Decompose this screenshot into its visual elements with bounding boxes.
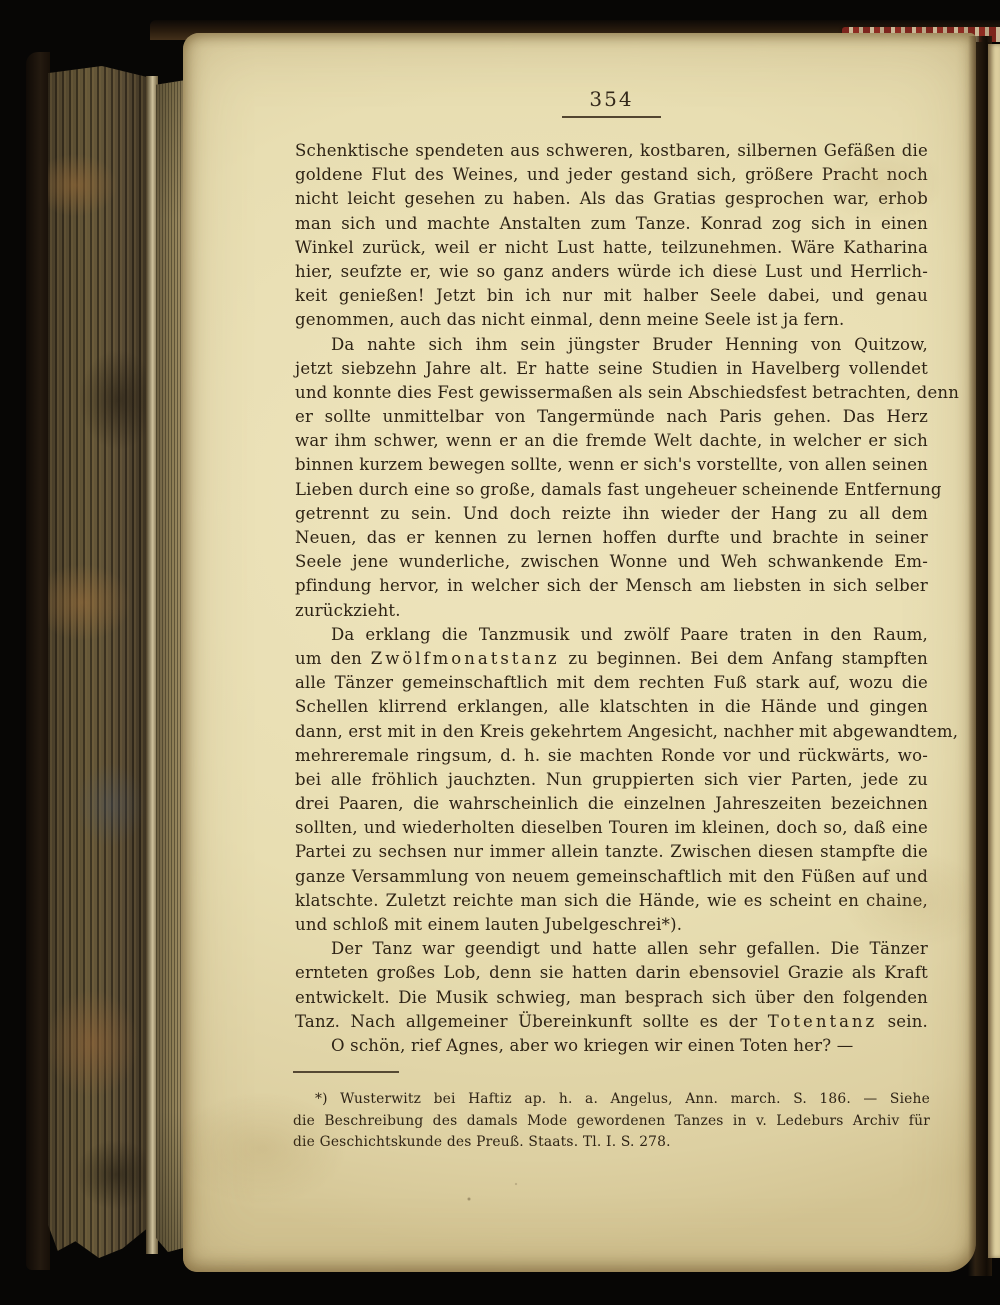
text-line: Da erklang die Tanzmusik und zwölf Paare…	[295, 623, 928, 647]
text-line: man sich und machte Anstalten zum Tanze.…	[295, 212, 928, 236]
page-number-block: 354	[295, 87, 928, 118]
text-line: ernteten großes Lob, denn sie hatten dar…	[295, 961, 928, 985]
text-line: ganze Versammlung von neuem gemeinschaft…	[295, 865, 928, 889]
body-text: Schenktische spendeten aus schweren, kos…	[295, 139, 928, 1058]
text-line: war ihm schwer, wenn er an die fremde We…	[295, 429, 928, 453]
text-line: Winkel zurück, weil er nicht Lust hatte,…	[295, 236, 928, 260]
text-line: sollten, und wiederholten dieselben Tour…	[295, 816, 928, 840]
book-cover-edge	[26, 52, 50, 1270]
text-line: Tanz. Nach allgemeiner Übereinkunft soll…	[295, 1010, 928, 1034]
text-line: Da nahte sich ihm sein jüngster Bruder H…	[295, 333, 928, 357]
text-line: binnen kurzem bewegen sollte, wenn er si…	[295, 453, 928, 477]
text-line: entwickelt. Die Musik schwieg, man bespr…	[295, 986, 928, 1010]
text-line: hier, seufzte er, wie so ganz anders wür…	[295, 260, 928, 284]
text-line: genommen, auch das nicht einmal, denn me…	[295, 308, 928, 332]
text-line: goldene Flut des Weines, und jeder gesta…	[295, 163, 928, 187]
text-line: alle Tänzer gemeinschaftlich mit dem rec…	[295, 671, 928, 695]
text-line: keit genießen! Jetzt bin ich nur mit hal…	[295, 284, 928, 308]
text-line: O schön, rief Agnes, aber wo kriegen wir…	[295, 1034, 928, 1058]
text-line: nicht leicht gesehen zu haben. Als das G…	[295, 187, 928, 211]
text-line: Der Tanz war geendigt und hatte allen se…	[295, 937, 928, 961]
text-line: Neuen, das er kennen zu lernen hoffen du…	[295, 526, 928, 550]
page-number-rule	[562, 116, 661, 118]
text-line: Partei zu sechsen nur immer allein tanzt…	[295, 840, 928, 864]
footnote-separator	[293, 1071, 399, 1073]
text-line: Schenktische spendeten aus schweren, kos…	[295, 139, 928, 163]
text-line: dann, erst mit in den Kreis gekehrtem An…	[295, 720, 928, 744]
text-line: Seele jene wunderliche, zwischen Wonne u…	[295, 550, 928, 574]
footnote-text: *) Wusterwitz bei Haftiz ap. h. a. Angel…	[293, 1089, 930, 1154]
text-line: jetzt siebzehn Jahre alt. Er hatte seine…	[295, 357, 928, 381]
text-line: er sollte unmittelbar von Tangermünde na…	[295, 405, 928, 429]
text-line: die Geschichtskunde des Preuß. Staats. T…	[293, 1132, 930, 1154]
text-line: die Beschreibung des damals Mode geworde…	[293, 1111, 930, 1133]
book-fore-edge-marbled	[48, 66, 146, 1258]
book-page: 354 Schenktische spendeten aus schweren,…	[183, 33, 976, 1272]
text-line: bei alle fröhlich jauchzten. Nun gruppie…	[295, 768, 928, 792]
text-line: und konnte dies Fest gewissermaßen als s…	[295, 381, 928, 405]
text-line: zurückzieht.	[295, 599, 928, 623]
text-line: und schloß mit einem lauten Jubelgeschre…	[295, 913, 928, 937]
page-number: 354	[295, 87, 928, 111]
page-stack-edge	[156, 80, 186, 1252]
text-line: Lieben durch eine so große, damals fast …	[295, 478, 928, 502]
text-line: *) Wusterwitz bei Haftiz ap. h. a. Angel…	[293, 1089, 930, 1111]
text-line: um den Zwölfmonatstanz zu beginnen. Bei …	[295, 647, 928, 671]
text-line: getrennt zu sein. Und doch reizte ihn wi…	[295, 502, 928, 526]
text-line: mehreremale ringsum, d. h. sie machten R…	[295, 744, 928, 768]
book-photo: 354 Schenktische spendeten aus schweren,…	[0, 0, 1000, 1305]
text-line: drei Paaren, die wahrscheinlich die einz…	[295, 792, 928, 816]
text-line: Schellen klirrend erklangen, alle klatsc…	[295, 695, 928, 719]
text-line: klatschte. Zuletzt reichte man sich die …	[295, 889, 928, 913]
text-line: pfindung hervor, in welcher sich der Men…	[295, 574, 928, 598]
next-page-edge	[988, 44, 1000, 1258]
